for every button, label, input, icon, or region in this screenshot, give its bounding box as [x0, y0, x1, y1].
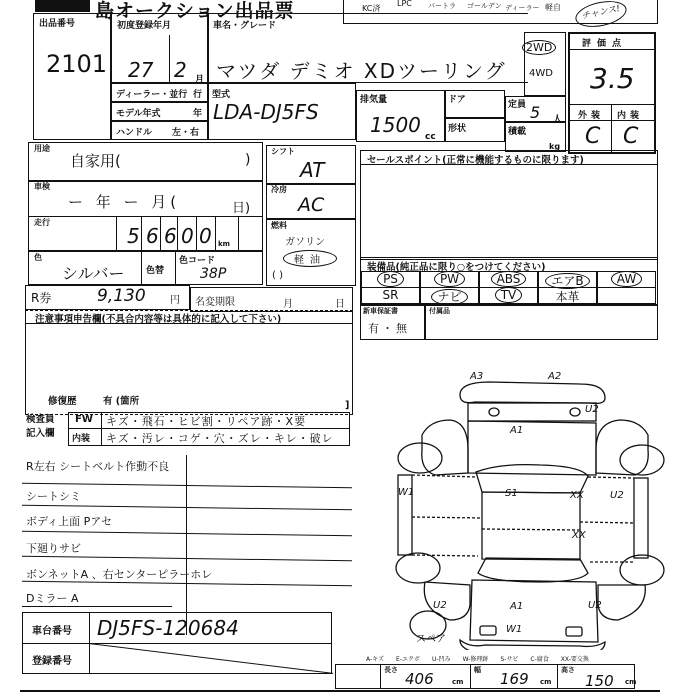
recycle-unit: 円 — [170, 291, 180, 306]
color-value: シルバー — [62, 261, 124, 284]
first-reg-divider — [169, 35, 170, 83]
inspector-note: シートシミ — [26, 488, 81, 504]
repair-value: 有 (箇所 — [103, 393, 139, 407]
tab-kei: 軽自 — [545, 2, 561, 13]
damage-mark: A1 — [510, 425, 523, 436]
color-label: 色 — [34, 252, 42, 263]
displacement-unit: cc — [425, 132, 436, 142]
handle-label: ハンドル — [116, 125, 152, 138]
dealer-label: ディーラー・並行 — [116, 87, 187, 100]
score-divider-2 — [570, 104, 655, 105]
model-year-label: モデル年式 — [116, 106, 161, 119]
damage-legend: A-キズE-エクボU-凹みW-修理跡S-サビC-腐食XX-要交換 — [366, 654, 589, 663]
header-logo-bar — [35, 0, 90, 12]
legend-item: E-エクボ — [396, 654, 420, 663]
repair-close: ] — [345, 400, 349, 411]
color-tone-label: 色替 — [146, 263, 164, 276]
displacement-label: 排気量 — [360, 92, 387, 105]
tab-dealer: ディーラー — [505, 3, 539, 13]
tab-lpc: LPC — [397, 0, 412, 8]
tab-pantra: パートラ — [428, 1, 456, 11]
width-value: 169 — [500, 670, 529, 688]
color-divider — [175, 250, 176, 285]
shift-label: シフト — [271, 146, 295, 157]
usage-value: 自家用( — [70, 150, 121, 171]
first-reg-label: 初度登録年月 — [117, 18, 171, 31]
chassis-value: DJ5FS-120684 — [97, 616, 239, 640]
mileage-label: 走行 — [34, 217, 50, 228]
color-code-label: 色コード — [179, 253, 215, 266]
inspector-value-fw: キズ・飛石・ヒビ割・リペア跡・X要 — [106, 413, 306, 429]
height-unit: cm — [625, 678, 636, 686]
height-label: 高さ — [561, 665, 575, 675]
transfer-month: 月 — [283, 295, 293, 310]
inspector-note: Dミラー A — [26, 590, 79, 606]
legend-item: W-修理跡 — [463, 654, 489, 663]
shape-label: 形状 — [448, 121, 466, 134]
equipment-item: エアB — [538, 271, 597, 288]
note-rule — [22, 606, 172, 607]
model-code-label: 型式 — [212, 87, 230, 100]
legend-item: U-凹み — [432, 654, 451, 663]
sales-point-box — [360, 150, 658, 260]
lot-number: 2101 — [46, 50, 107, 78]
equipment-item: AW — [597, 271, 656, 288]
score-divider-v — [611, 104, 612, 152]
width-unit: cm — [540, 678, 551, 686]
score-divider — [570, 49, 655, 50]
car-name-value: マツダ デミオ XDツーリング — [216, 55, 507, 84]
equipment-item — [597, 287, 656, 304]
equipment-item: 本革 — [538, 287, 597, 304]
inspection-day: 日) — [232, 197, 250, 216]
damage-mark: W1 — [398, 487, 414, 498]
equipment-item: ナビ — [420, 287, 479, 304]
chassis-row-divider — [22, 643, 332, 644]
mileage-digit: 0 — [181, 224, 194, 248]
spare-label: スペア — [416, 630, 446, 645]
note-rule — [22, 531, 352, 537]
usage-close: ) — [245, 152, 250, 168]
damage-mark: U2 — [433, 600, 447, 611]
first-reg-month: 2 — [174, 58, 187, 82]
note-rule — [22, 505, 352, 511]
accessory-label: 付属品 — [429, 306, 450, 316]
drive-4wd: 4WD — [529, 68, 553, 79]
score-divider-3 — [570, 120, 655, 121]
mileage-col — [238, 216, 239, 252]
mileage-col — [160, 216, 161, 252]
color-divider — [141, 250, 142, 285]
inspector-note: R左右 シートベルト作動不良 — [26, 458, 169, 474]
damage-mark: U2 — [588, 600, 602, 611]
score-value: 3.5 — [590, 62, 635, 95]
transfer-label: 名変期限 — [195, 293, 235, 308]
chassis-label: 車台番号 — [32, 622, 72, 637]
color-code-value: 38P — [200, 266, 226, 282]
damage-mark: A1 — [510, 601, 523, 612]
fuel-gasoline: ガソリン — [285, 233, 325, 248]
capacity-value: 5 — [530, 103, 540, 122]
equipment-item: TV — [479, 287, 538, 304]
equipment-item: ABS — [479, 271, 538, 288]
fuel-other: ( ) — [272, 270, 283, 281]
fuel-label: 燃料 — [271, 220, 287, 231]
note-rule — [22, 556, 352, 562]
load-label: 積載 — [508, 124, 526, 137]
ac-label: 冷房 — [271, 184, 287, 195]
inspector-key-interior: 内装 — [72, 431, 90, 444]
equipment-item: SR — [361, 287, 420, 304]
fuel-diesel: 軽油 — [283, 250, 337, 267]
damage-mark: A2 — [548, 371, 561, 382]
displacement-value: 1500 — [370, 113, 421, 137]
width-label: 幅 — [474, 665, 481, 675]
registration-label: 登録番号 — [32, 652, 72, 667]
damage-mark: S1 — [505, 488, 518, 499]
damage-mark: XX — [570, 490, 584, 501]
mileage-col — [215, 216, 216, 252]
inspector-value-interior: キズ・汚レ・コゲ・穴・ズレ・キレ・破レ — [106, 430, 334, 446]
legend-item: C-腐食 — [530, 654, 548, 663]
mileage-col — [116, 216, 117, 252]
inspector-col-divider — [101, 412, 102, 446]
score-label: 評価点 — [582, 36, 627, 49]
mileage-digit: 5 — [127, 224, 140, 248]
mileage-digit: 0 — [199, 224, 212, 248]
length-unit: cm — [452, 678, 463, 686]
damage-mark: XX — [572, 530, 586, 541]
inspector-note: 下廻りサビ — [26, 540, 81, 556]
car-name-label: 車名・グレード — [213, 18, 276, 31]
mileage-digit: 6 — [164, 224, 177, 248]
length-label: 長さ — [384, 665, 398, 675]
accessory-box — [425, 305, 658, 340]
first-reg-year: 27 — [128, 58, 153, 82]
dim-divider — [557, 664, 558, 689]
mileage-digit: 6 — [146, 224, 159, 248]
length-value: 406 — [405, 670, 434, 688]
notes-divider — [26, 323, 352, 324]
capacity-label: 定員 — [508, 97, 526, 110]
usage-box — [28, 142, 263, 182]
model-code-value: LDA-DJ5FS — [213, 100, 319, 124]
damage-mark: A3 — [470, 371, 483, 382]
damage-mark: U2 — [585, 404, 599, 415]
dim-divider — [470, 664, 471, 689]
damage-mark: W1 — [506, 624, 522, 635]
usage-label: 用途 — [34, 143, 50, 154]
recycle-label: R券 — [31, 289, 51, 306]
mileage-unit: km — [218, 240, 230, 248]
equipment-item: PS — [361, 271, 420, 288]
legend-item: S-サビ — [500, 654, 518, 663]
shift-value: AT — [300, 158, 324, 182]
inspector-note: ボディ上面 Pアセ — [26, 513, 112, 529]
mileage-col — [141, 216, 142, 252]
model-year-unit: 年 — [193, 106, 202, 119]
sales-point-divider — [361, 164, 657, 165]
repair-label: 修復歴 — [48, 393, 77, 407]
transfer-day: 日 — [335, 295, 345, 310]
notes-vertical-rule — [186, 455, 187, 635]
warranty-label: 新車保証書 — [363, 306, 398, 316]
legend-item: XX-要交換 — [561, 654, 589, 663]
ac-value: AC — [298, 194, 324, 216]
door-label: ドア — [448, 92, 466, 105]
handle-value: 左・右 — [172, 125, 199, 138]
inspection-label: 車検 — [34, 181, 50, 192]
lot-label: 出品番号 — [39, 16, 75, 29]
equipment-item: PW — [420, 271, 479, 288]
dealer-unit: 行 — [193, 87, 202, 100]
bottom-rule — [20, 690, 660, 692]
warranty-value: 有・無 — [368, 320, 410, 336]
drive-2wd: 2WD — [522, 40, 556, 55]
exterior-grade: C — [585, 124, 600, 149]
mileage-col — [196, 216, 197, 252]
legend-item: A-キズ — [366, 654, 384, 663]
damage-mark: U2 — [610, 490, 624, 501]
recycle-value: 9,130 — [97, 286, 146, 306]
inspector-key-fw: FW — [75, 414, 93, 425]
inspector-note: ボンネットA 、右センターピラーホレ — [26, 566, 212, 582]
inspection-value: ー 年 ー 月( — [68, 191, 180, 212]
inspector-label: 検査員 記入欄 — [26, 413, 66, 441]
dim-divider — [380, 664, 381, 689]
tab-golden: ゴールデン — [467, 1, 502, 11]
interior-grade: C — [623, 124, 638, 149]
mileage-col — [177, 216, 178, 252]
height-value: 150 — [585, 672, 614, 690]
